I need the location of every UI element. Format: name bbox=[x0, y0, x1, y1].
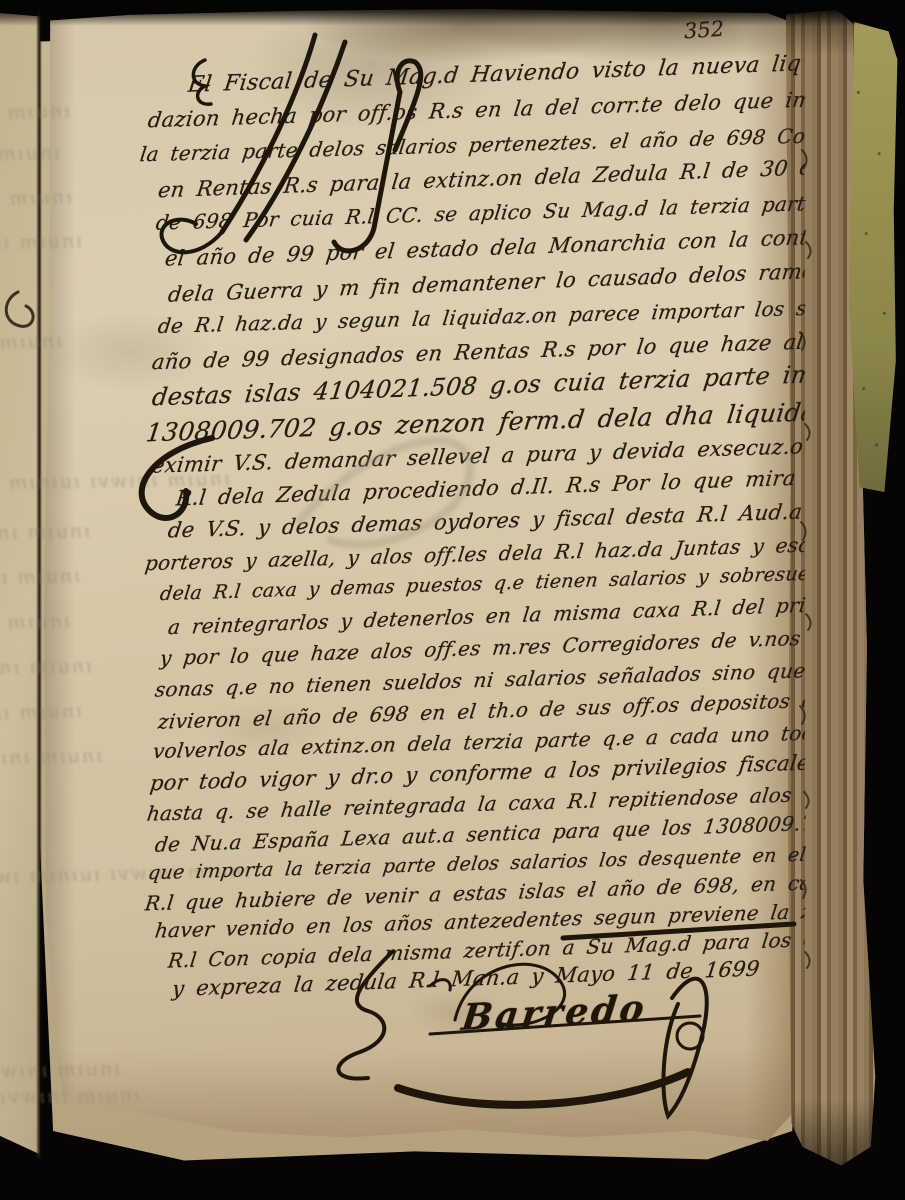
vellum-cover-edge bbox=[848, 22, 900, 492]
photo-top-shadow bbox=[0, 0, 905, 26]
manuscript-photo: ınuım ınıwvı ıuınım ıwnıu ımnı ıuvım ını… bbox=[0, 0, 905, 1200]
